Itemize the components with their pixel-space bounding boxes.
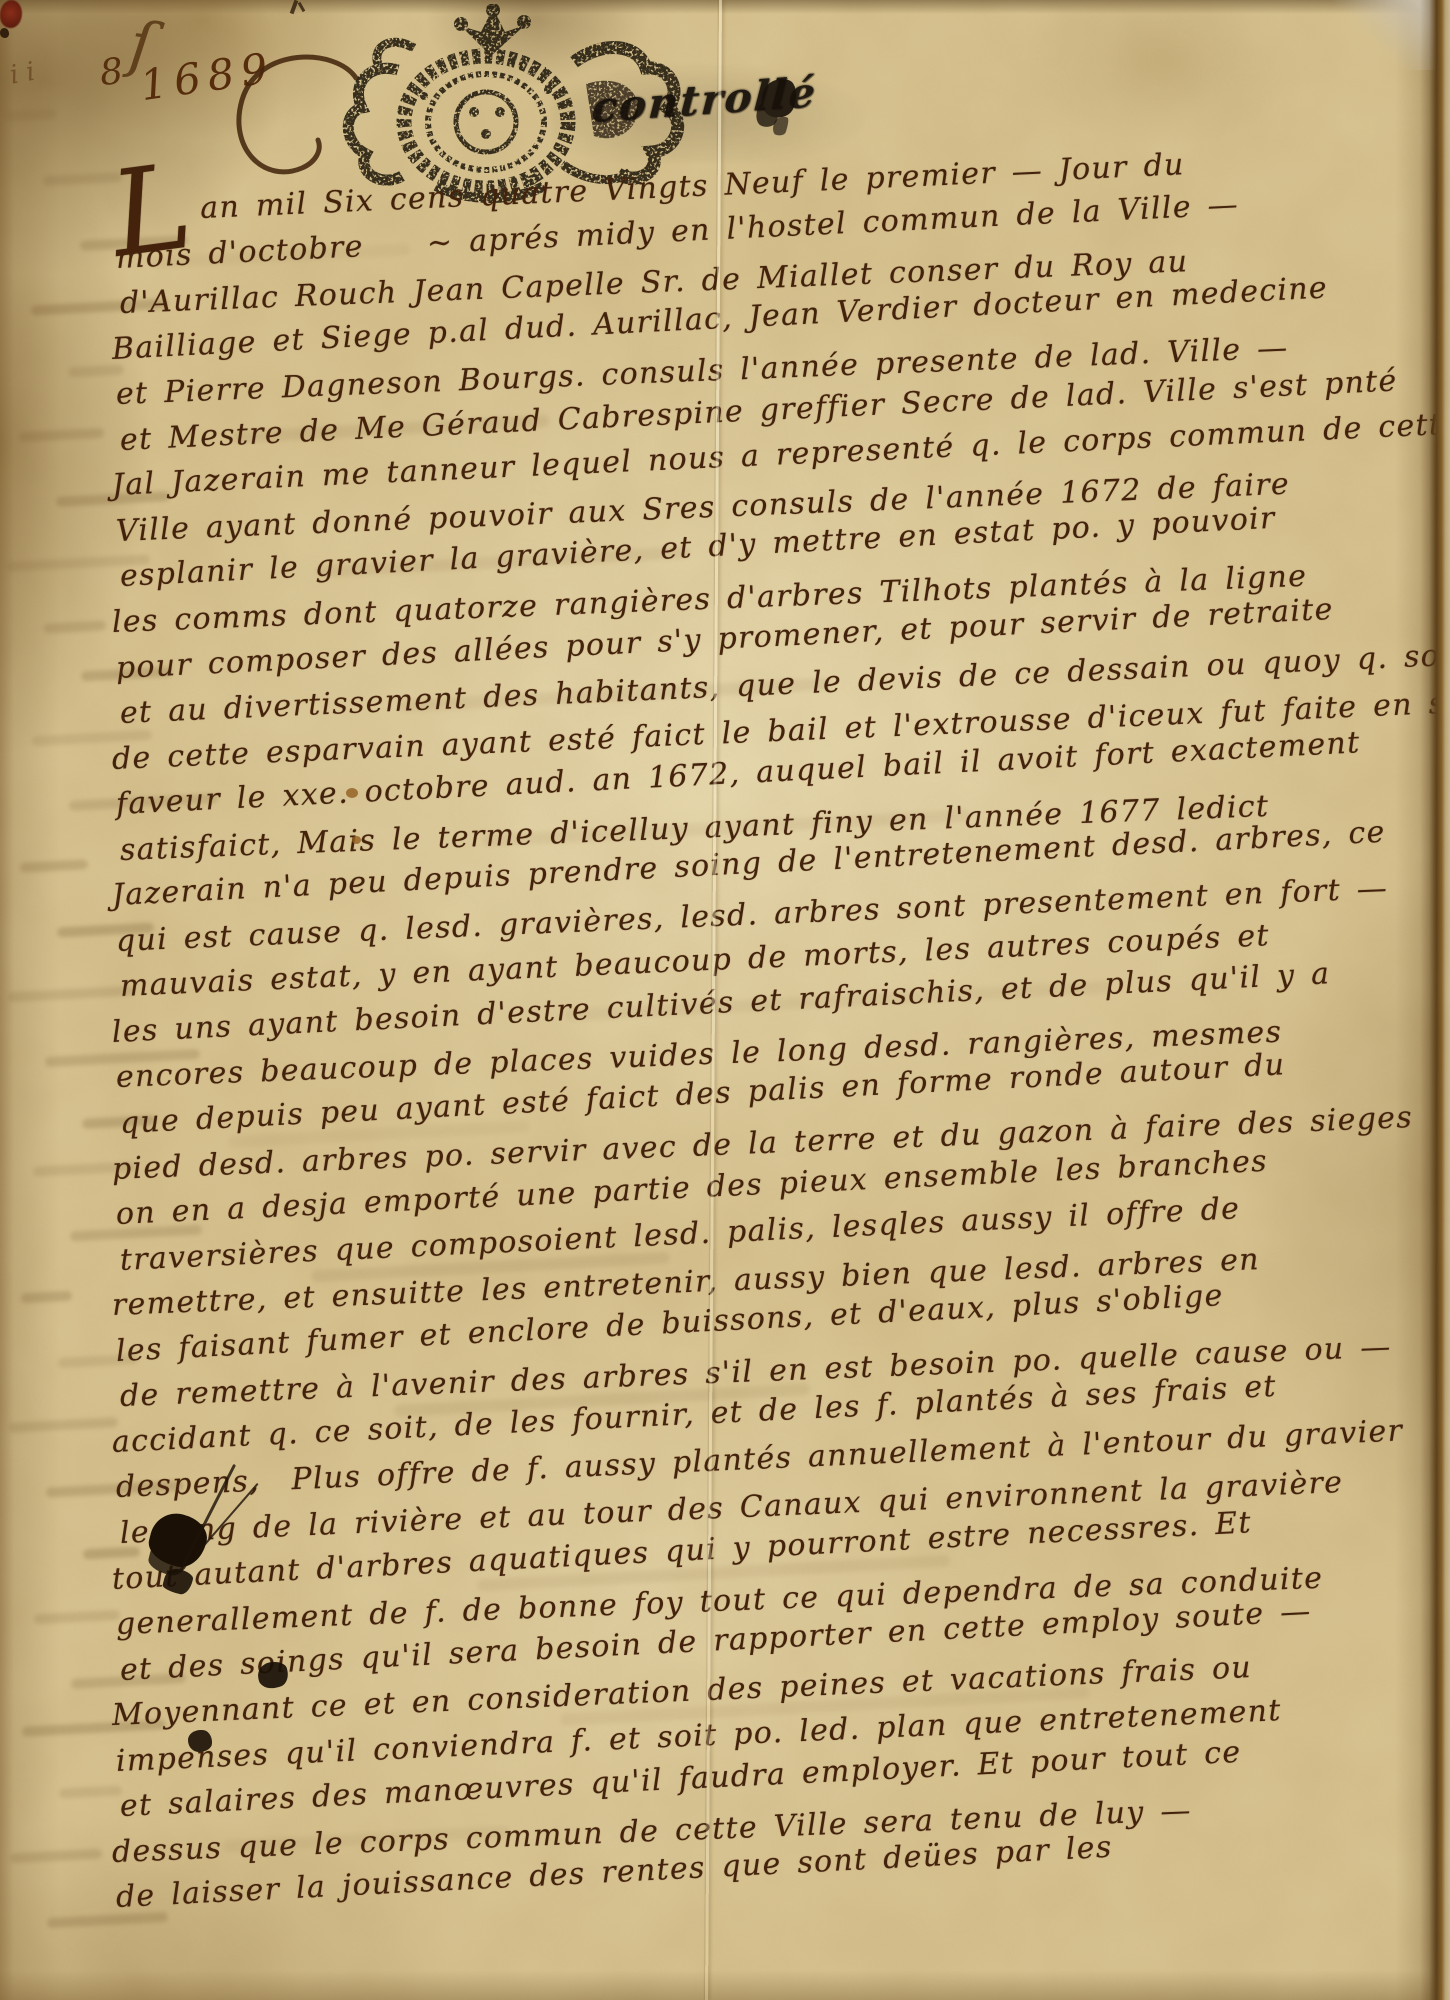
ghost-mark [44, 620, 106, 633]
ghost-mark [21, 1291, 72, 1304]
ghost-mark [10, 1849, 102, 1864]
manuscript-page: ii ſ 8 1689 [0, 0, 1450, 2000]
wax-or-rust-spot [0, 0, 24, 30]
ghost-mark [19, 428, 104, 442]
margin-faint-marks: ii [8, 55, 45, 90]
margin-year-1689: 1689 [137, 43, 277, 110]
ink-blot [188, 1730, 212, 1752]
ink-speck [0, 28, 9, 38]
page-right-edge [1420, 0, 1450, 2000]
decorated-initial-L: L [112, 205, 190, 215]
ghost-mark [6, 109, 56, 122]
ghost-mark [20, 859, 88, 873]
foxing-spot [352, 836, 361, 844]
ghost-mark [47, 1912, 168, 1928]
margin-day-number: 8 [98, 51, 125, 94]
ghost-mark [9, 1417, 118, 1433]
foxing-spot [346, 788, 358, 798]
ghost-mark [34, 1610, 120, 1624]
ghost-mark [59, 1785, 122, 1798]
ghost-mark [8, 986, 134, 1003]
